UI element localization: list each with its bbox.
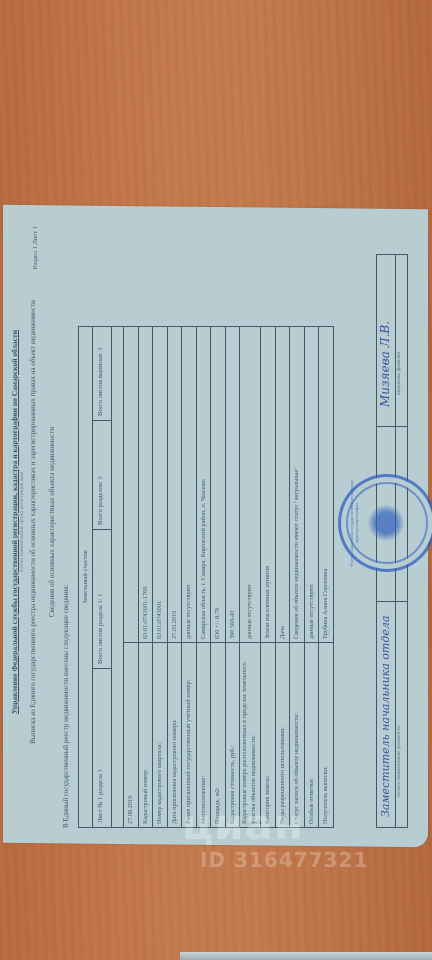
sheet-number: Лист № 1 раздела 1 [93, 668, 111, 827]
row-value: данные отсутствуют [240, 327, 260, 642]
blank-row [112, 327, 124, 827]
row-label: Особые отметки: [305, 642, 319, 827]
coat-of-arms-icon [367, 505, 405, 541]
extract-sheets-total: Всего листов выписки: 3 [93, 327, 111, 420]
row-label: Кадастровый номер: [139, 642, 153, 827]
sections-total: Всего разделов: 3 [93, 420, 111, 529]
row-label: Номер кадастрового квартала: [153, 642, 167, 827]
row-label: Дата присвоения кадастрового номера: [168, 642, 182, 827]
section-label: Раздел 1 Лист 1 [32, 226, 39, 269]
listing-id-watermark: ID 316477321 [200, 848, 368, 872]
cian-watermark-logo: циан [182, 800, 304, 849]
row-value: 27.03.2019 [168, 327, 182, 642]
object-type: Земельный участок [79, 327, 93, 827]
table-row: Категория земель:Земли населенных пункто… [261, 327, 276, 827]
official-stamp-icon: Федеральная служба государственной регис… [338, 474, 432, 572]
document-title: Выписка из Единого государственного реес… [29, 242, 37, 802]
signer-name: Мизяева Л.В. [378, 321, 392, 407]
row-value: 630 +/- 8.79 [211, 327, 225, 642]
document-note: В Единый государственный реестр недвижим… [62, 585, 70, 828]
characteristics-table: Земельный участок Лист № 1 раздела 1 Все… [78, 326, 334, 828]
organization-caption: полное наименование органа регистрации п… [20, 402, 25, 642]
table-row: Номер кадастрового квартала:63:01:074300… [153, 327, 168, 827]
row-label: Получатель выписки: [319, 642, 333, 827]
signer-position: Заместитель начальника отдела [379, 616, 392, 817]
row-value: данные отсутствуют [182, 327, 196, 642]
table-row: Особые отметки:данные отсутствуют [305, 327, 320, 827]
row-value: Сведения об объекте недвижимости имеют с… [290, 327, 304, 642]
table-row: Статус записи об объекте недвижимости:Св… [290, 327, 305, 827]
organization-name: Управление Федеральной службы государств… [10, 292, 19, 752]
section-sheets-total: Всего листов раздела 1: 1 [93, 529, 111, 668]
row-value: Трубина Алина Сергеевна [319, 327, 333, 642]
row-value: 63:01:0743001 [153, 327, 167, 642]
table-row: Кадастровые номера расположенных в преде… [240, 327, 261, 827]
paper-edge-bottom [180, 952, 432, 960]
document-subtitle: Сведения об основных характеристиках объ… [48, 242, 56, 802]
row-value: 63:01:0743001:1766 [139, 327, 153, 642]
table-row: Кадастровая стоимость, руб.:390 566.43 [226, 327, 241, 827]
signer-name-caption: инициалы, фамилия [397, 352, 402, 395]
egrn-extract: Управление Федеральной службы государств… [4, 212, 424, 842]
table-row: Виды разрешенного использования:Дача [276, 327, 291, 827]
row-value: Земли населенных пунктов [261, 327, 275, 642]
sheet-info-row: Лист № 1 раздела 1 Всего листов раздела … [93, 327, 112, 827]
table-row: Площадь, м2:630 +/- 8.79 [211, 327, 226, 827]
stamp-text: Федеральная служба государственной регис… [349, 477, 359, 569]
date-cell: 27.08.2019 [124, 642, 138, 827]
row-value: данные отсутствуют [305, 327, 319, 642]
signer-position-caption: полное наименование должности [397, 726, 402, 797]
row-value: 390 566.43 [226, 327, 240, 642]
table-row: Получатель выписки:Трубина Алина Сергеев… [319, 327, 333, 827]
table-row: Дата присвоения кадастрового номера:27.0… [168, 327, 183, 827]
table-row: Ранее присвоенный государственный учетны… [182, 327, 197, 827]
table-row: Местоположение:Самарская область, г. Сам… [197, 327, 212, 827]
row-value: Дача [276, 327, 290, 642]
table-row: Кадастровый номер:63:01:0743001:1766 [139, 327, 154, 827]
table-row: 27.08.2019 [124, 327, 139, 827]
row-value: Самарская область, г. Самара, Кировский … [197, 327, 211, 642]
